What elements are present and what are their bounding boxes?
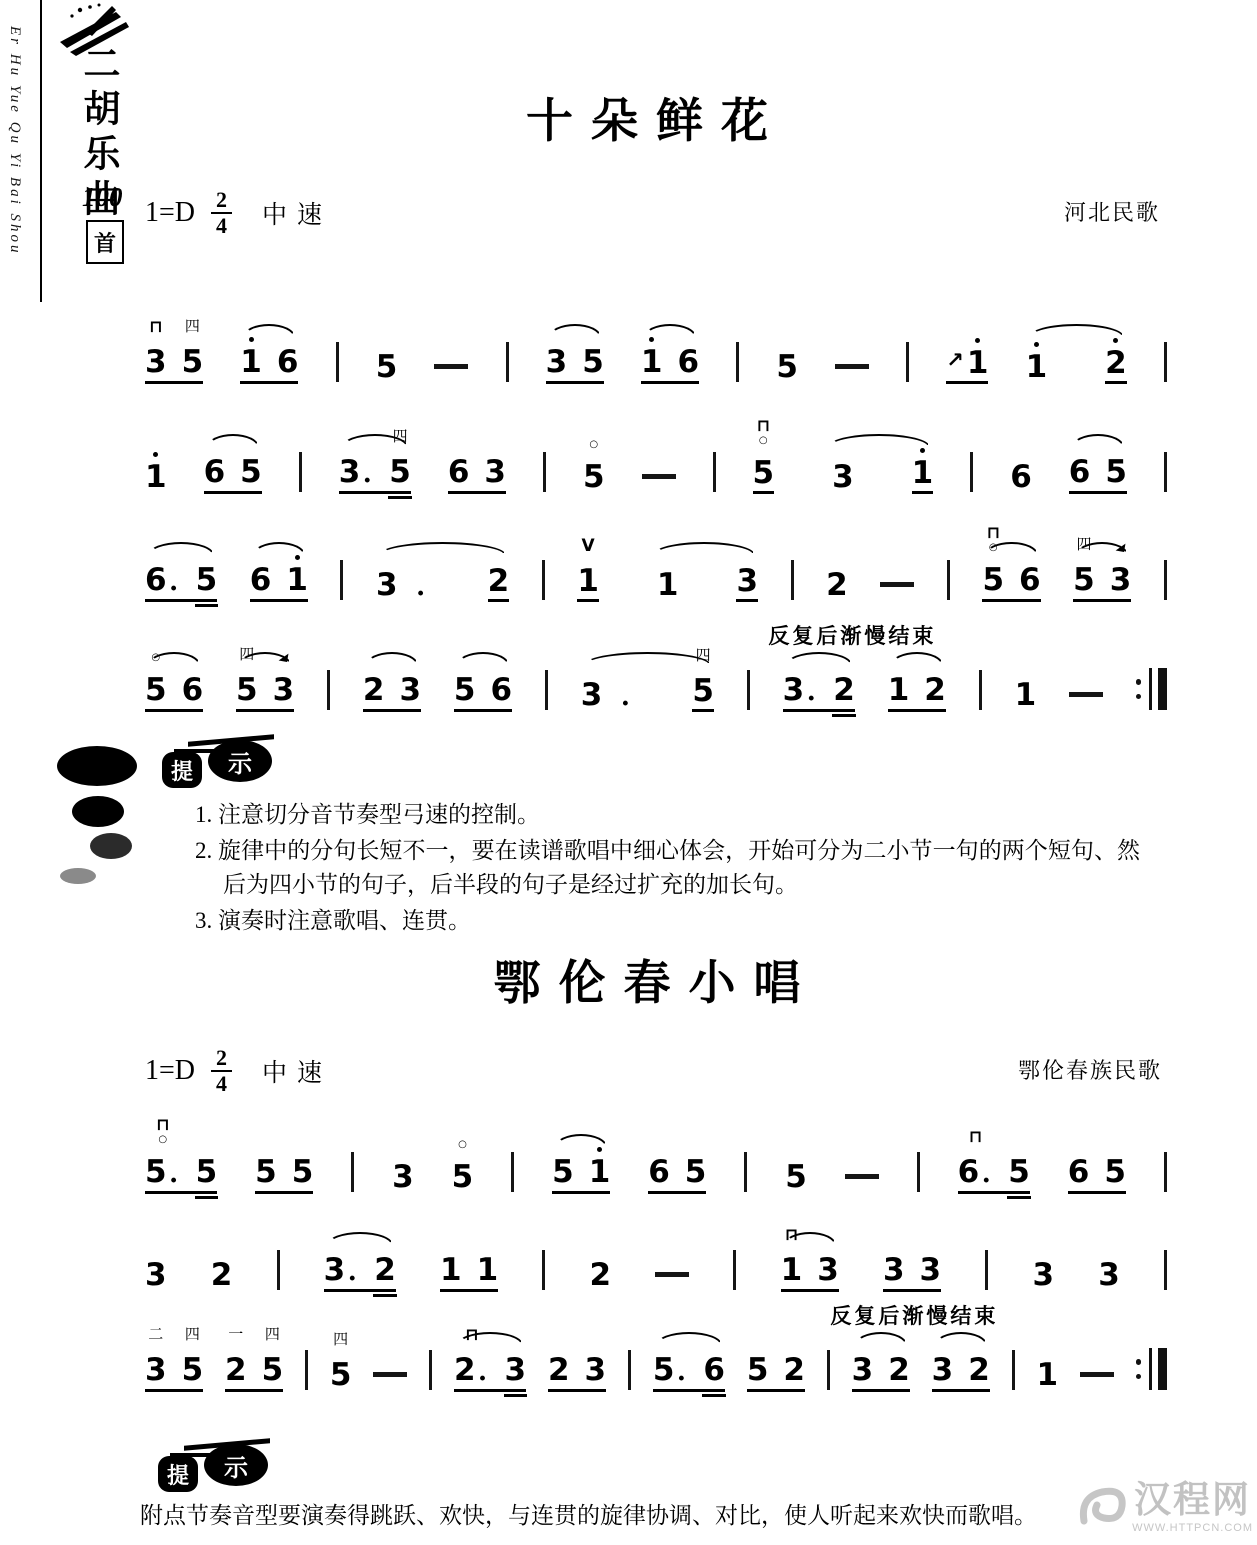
barline [277,1250,280,1290]
note-group: 61 [250,517,308,602]
note-digit: 3 [783,673,805,707]
barline [827,1350,830,1390]
beam-row: 5 [776,304,798,384]
note-annotations: 二 [148,1307,163,1353]
digit-row: 3 [392,1160,414,1194]
digit-row: 2 [888,1353,910,1387]
note-group: 反复后渐慢结束32 [852,1307,910,1392]
half-note-dash [1069,692,1103,697]
note: 5 [1105,409,1127,489]
note-annotations: ⊓ [149,299,163,345]
note: 5 [196,517,218,597]
down-bow-mark: ⊓ [149,319,163,336]
digit-row: 2 [924,673,946,707]
note-digit: 5 [692,674,714,708]
half-note-dash [373,1372,407,1377]
note-digit: 3 [1098,1258,1120,1292]
beam-row: 23 [548,1307,606,1392]
note-group: 1 [1015,632,1037,712]
dotted-rhythm-dot: · [362,473,372,489]
note: 5 [582,299,604,379]
note-digit: 1 [286,563,308,597]
digit-row: 5 [753,456,775,490]
barline [906,342,909,382]
dotted-quarter-dot: · [416,586,426,602]
note: 2 [548,1307,570,1387]
note-group: 65 [1068,1109,1126,1194]
digit-row: 5 [182,345,204,379]
beam-row: 一2四5 [225,1307,283,1392]
note: 3 [145,1212,167,1292]
digit-row: 5 [582,345,604,379]
barline [1164,560,1167,600]
digit-row: 3 [273,673,295,707]
digit-row: 3 [145,345,167,379]
note-digit: 5 [262,1353,284,1387]
note-digit: 5 [452,1160,474,1194]
digit-row: 6· [958,1155,994,1189]
note: 2 [374,1207,396,1287]
note-digit: 5 [145,673,167,707]
note-digit: 2 [924,673,946,707]
beam-row: 2 [826,522,848,602]
note: 5 [776,304,798,384]
dotted-rhythm-dot: · [981,1173,991,1189]
decorative-blob [90,833,132,859]
note-digit: 6 [703,1353,725,1387]
digit-row: 5 [452,1160,474,1194]
note: 3 [736,518,758,602]
beam-row: 6·5 [145,517,217,602]
note-digit: 5 [653,1353,675,1387]
music-line: ○56四5323563·四5反复后渐慢结束3·2121 [145,616,1167,712]
music-line: 323·2112⊓133333 [145,1196,1167,1292]
watermark-url: WWW.HTTPCN.COM [1132,1523,1253,1534]
note-digit: 5 [582,345,604,379]
slide-up-mark: ↗ [946,348,964,372]
note-group: ○5 [583,414,605,494]
note-digit: 6 [490,673,512,707]
digit-row: 2 [968,1353,990,1387]
note-digit: 5 [747,1353,769,1387]
beam-row: 3·四5 [339,409,411,494]
note-annotations: 四 [393,409,408,455]
note-digit: 3 [546,345,568,379]
note-group: ○56 [145,627,203,712]
note-digit: 3 [273,673,295,707]
decorative-blob [60,868,96,884]
note-group: 3 [1032,1212,1054,1292]
digit-row: 6 [182,673,204,707]
decorative-blob [72,796,124,827]
note: 3 [505,1307,527,1387]
finger-number-mark: 四 [333,1332,348,1349]
note-digit: 2 [968,1353,990,1387]
digit-row: 3· [339,455,375,489]
beam-row: ○5 [452,1114,474,1194]
note-digit: 3 [920,1253,942,1287]
note: 6 [448,409,470,489]
note-digit: 5 [389,455,411,489]
meter-denominator: 4 [216,214,227,238]
note-group: 12 [888,627,946,712]
note-digit: 5 [240,455,262,489]
digit-row: 3 [1098,1258,1120,1292]
digit-row: 6 [703,1353,725,1387]
note-digit: 2 [826,568,848,602]
digit-row: 5 [376,350,398,384]
half-note-dash [835,364,869,369]
music-line: ⊓○5·5553○551655⊓6·565 [145,1098,1167,1194]
note-digit: 5 [182,1353,204,1387]
decorative-blob [57,746,137,786]
note: 6 [490,627,512,707]
note-group: 32 [932,1307,990,1392]
note: 四5 [182,1307,204,1387]
digit-row: 1 [477,1253,499,1287]
note-digit: 2 [454,1353,476,1387]
dotted-rhythm-dot: · [806,691,816,707]
note-digit: 5 [145,1155,167,1189]
note-digit: 5 [583,460,605,494]
watermark-logo-icon [1074,1481,1128,1535]
note-digit: 5 [182,345,204,379]
digit-row: 5· [145,1155,181,1189]
note: 5 [1104,1109,1126,1189]
dotted-rhythm-dot: · [169,581,179,597]
barline [1164,1250,1167,1290]
note-group: 51 [552,1109,610,1194]
note: 四5 [1073,517,1095,597]
beam-row: 65 [1068,1109,1126,1194]
note-group: ⊓○531 [753,410,934,494]
note: 2 [833,627,855,707]
note-annotations: 四 [239,627,254,673]
note-group: 3·2 [376,518,509,602]
digit-row: 1 [781,1253,803,1287]
note-digit: 5 [685,1155,707,1189]
dotted-rhythm-dot: · [478,1371,488,1387]
note-digit: 1 [1015,678,1037,712]
note: 3· [581,632,635,712]
digit-row: 5 [685,1155,707,1189]
note-digit: 6 [648,1155,670,1189]
digit-row: 2 [590,1258,612,1292]
note-digit: 3 [736,564,758,598]
note-annotations: ○ [458,1114,467,1160]
beam-row: 35 [546,299,604,384]
note-group: 33 [883,1207,941,1292]
note-annotations: 一 [228,1307,243,1353]
digit-row: 3 [505,1353,527,1387]
barline [340,560,343,600]
piece2-title: 鄂伦春小唱 [0,946,1257,1013]
digit-row: 3 [585,1353,607,1387]
note-digit: 3 [832,460,854,494]
digit-row: 3· [376,568,430,602]
tempo-label: 中速 [262,195,332,231]
piece2-source: 鄂伦春族民歌 [1018,1054,1162,1085]
digit-row: 5 [330,1358,352,1392]
barline [351,1152,354,1192]
beam-row: 3·2 [376,518,509,602]
note: 5 [240,409,262,489]
barline [327,670,330,710]
barline [511,1152,514,1192]
note: ↗1 [946,300,988,384]
note: 5 [747,1307,769,1387]
digit-row: 2 [374,1253,396,1287]
note-group: 3 [1098,1212,1120,1292]
note-digit: 1 [641,345,663,379]
sidebar-divider-line [40,0,42,302]
note-digit: 3 [1032,1258,1054,1292]
digit-row: 3 [484,455,506,489]
barline [336,342,339,382]
digit-row: 3 [399,673,421,707]
note: 一2 [225,1307,247,1387]
digit-row: 2 [783,1353,805,1387]
note-digit: 2 [833,673,855,707]
note-digit: 3 [392,1160,414,1194]
note-digit: 1 [657,568,679,602]
note: 6 [1019,517,1041,597]
half-note-dash [1080,1372,1114,1377]
note-group: 四53 [236,627,294,712]
beam-row: ⊓○5·5 [145,1109,217,1194]
note-digit: 5 [255,1155,277,1189]
digit-row: 3 [920,1253,942,1287]
note: 1 [240,299,262,379]
digit-row: 5 [1073,563,1095,597]
down-bow-mark: ⊓ [969,1129,983,1146]
note: 6 [182,627,204,707]
note-group: 5 [785,1114,807,1194]
note-digit: 5 [1104,1155,1126,1189]
note-digit: 2 [1105,346,1127,380]
note-group: 16 [240,299,298,384]
barline [947,560,950,600]
note: 6 [1069,409,1091,489]
note: ○5 [583,414,605,494]
note-group: ○5 [452,1114,474,1194]
note-digit: 3 [585,1353,607,1387]
tip-item: 1. 注意切分音节奏型弓速的控制。 [195,798,1140,832]
series-number: 100 [82,182,123,213]
digit-row: 5 [240,455,262,489]
digit-row: 6· [145,563,181,597]
digit-row: 5 [196,563,218,597]
note-digit: 3 [145,1258,167,1292]
note: 3· [339,409,375,489]
half-note-dash [642,474,676,479]
tempo-label: 中速 [262,1053,332,1089]
barline [305,1350,308,1390]
note: 3 [1032,1212,1054,1292]
note-group: 3 [392,1114,414,1194]
note: 5 [196,1109,218,1189]
note-digit: 2 [374,1253,396,1287]
note: 6 [204,409,226,489]
down-bow-mark: ⊓ [156,1117,170,1134]
beam-row: V113 [577,518,758,602]
beam-row: ⊓3四5 [145,299,203,384]
beam-row: 3 [392,1114,414,1194]
digit-row: 2 [833,673,855,707]
finger-number-mark: 四 [185,319,200,336]
tip-item: 3. 演奏时注意歌唱、连贯。 [195,904,1140,938]
note-digit: 5 [236,673,258,707]
note: 四5 [330,1312,352,1392]
key-label: 1=D [145,197,195,229]
note-digit: 3 [145,345,167,379]
digit-row: 3 [832,460,854,494]
barline [542,560,545,600]
digit-row: ↗1 [946,346,988,380]
note: 四5 [262,1307,284,1387]
note: 6 [678,299,700,379]
note-group: 35 [546,299,604,384]
beam-row: 16 [641,299,699,384]
note-group: 3·2 [324,1207,396,1292]
barline [979,670,982,710]
beam-row: 61 [250,517,308,602]
beam-row: 1 [1015,632,1037,712]
beam-row: ⊓2·3 [454,1307,526,1392]
barline [1164,342,1167,382]
beam-row: 2 [211,1212,233,1292]
note-digit: 3 [145,1353,167,1387]
digit-row: 1 [657,568,679,602]
barline [506,342,509,382]
note: 2 [826,522,848,602]
barline [744,1152,747,1192]
beam-row: 3 [1098,1212,1120,1292]
note: ⊓○5· [145,1109,181,1189]
repeat-end-barline [1136,668,1167,710]
note: 3 [546,299,568,379]
digit-row: 6 [1068,1155,1090,1189]
note-digit: 6 [1019,563,1041,597]
finger-number-mark: 二 [148,1327,163,1344]
digit-row: 1 [1026,350,1048,384]
note: ⊓○5 [982,517,1004,597]
barline [545,670,548,710]
note-digit: 6 [277,345,299,379]
note-digit: 5 [1073,563,1095,597]
dotted-rhythm-dot: · [676,1371,686,1387]
beam-row: 5·6 [653,1307,725,1392]
beam-row: 2 [590,1212,612,1292]
note: 1 [641,299,663,379]
tips-header: 提 示 [158,1444,282,1496]
note: 四5 [236,627,258,707]
beam-row: ⊓6·5 [958,1109,1030,1194]
digit-row: 6 [1069,455,1091,489]
music-line: ⊓3四516535165↗112 [145,288,1167,384]
note-digit: 6 [678,345,700,379]
beam-row: 56 [454,627,512,712]
digit-row: 5 [196,1155,218,1189]
note-group: 2 [826,522,848,602]
note-group: ⊓2·3 [454,1307,526,1392]
piece1-source: 河北民歌 [1064,196,1160,227]
digit-row: 5 [776,350,798,384]
half-note-dash [434,364,468,369]
note: ⊓2· [454,1307,490,1387]
note-digit: 5 [454,673,476,707]
beam-row: 11 [440,1207,498,1292]
tips-header-left-badge: 提 [158,1456,198,1492]
tip-item: 2. 旋律中的分句长短不一，要在读谱歌唱中细心体会，开始可分为二小节一句的两个短… [195,834,1140,902]
note-digit: 2 [548,1353,570,1387]
beam-row: 5 [785,1114,807,1194]
digit-row: 3 [1110,563,1132,597]
note-digit: 2 [783,1353,805,1387]
half-note-dash [845,1174,879,1179]
up-bow-mark: V [582,538,595,555]
note: 3 [484,409,506,489]
note: 1 [1037,1312,1059,1392]
key-label: 1=D [145,1055,195,1087]
beam-row: 1 [1037,1312,1059,1392]
note-group: ⊓3四5 [145,299,203,384]
note-annotations: 四 [333,1312,348,1358]
note-digit: 3 [324,1253,346,1287]
digit-row: 1 [912,456,934,490]
note: 四5 [389,409,411,489]
note: 3 [920,1207,942,1287]
note: 5 [1008,1109,1030,1189]
note-digit: 5 [330,1358,352,1392]
note-digit: 5 [776,350,798,384]
note-digit: 1 [888,673,910,707]
note-digit: 5 [785,1160,807,1194]
digit-row: 2 [363,673,385,707]
digit-row: 5 [182,1353,204,1387]
barline [1012,1350,1015,1390]
meter-numerator: 2 [211,1046,232,1072]
note-group: 2 [211,1212,233,1292]
note-digit: 1 [1026,350,1048,384]
note-annotations: ○ [589,414,598,460]
finger-number-mark: 一 [228,1327,243,1344]
digit-row: 6 [277,345,299,379]
note-group: 56 [454,627,512,712]
beam-row: 52 [747,1307,805,1392]
note-digit: 5 [196,1155,218,1189]
note-annotations: 四 [1076,517,1091,563]
meter-numerator: 2 [211,188,232,214]
time-signature: 2 4 [211,1046,232,1096]
note-digit: 5 [753,456,775,490]
beam-row: 33 [883,1207,941,1292]
note-group: 四5 [330,1312,352,1392]
dotted-rhythm-dot: · [169,1173,179,1189]
digit-row: 5 [292,1155,314,1189]
note-digit: 5 [982,563,1004,597]
digit-row: 1 [888,673,910,707]
beam-row: 55 [255,1109,313,1194]
note-group: ↗1 [946,300,988,384]
piece2-tip: 附点节奏音型要演奏得跳跃、欢快，与连贯的旋律协调、对比，使人听起来欢快而歌唱。 [140,1500,1140,1532]
note-digit: 1 [1037,1358,1059,1392]
open-string-mark: ○ [589,439,598,451]
open-string-mark: ○ [759,435,768,447]
note-group: 5·6 [653,1307,725,1392]
digit-row: 2 [225,1353,247,1387]
digit-row: 3 [145,1258,167,1292]
